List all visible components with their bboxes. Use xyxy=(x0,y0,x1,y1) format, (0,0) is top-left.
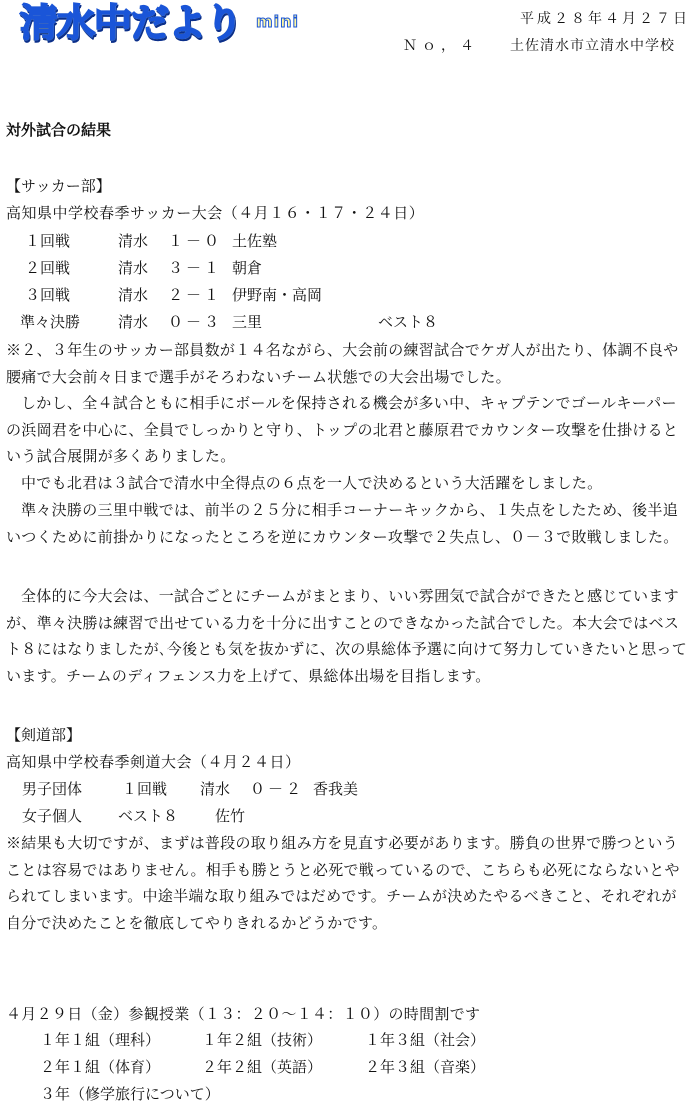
team-cell: 清水 xyxy=(118,312,148,332)
round-cell: ３回戦 xyxy=(25,285,70,305)
name-cell: 佐竹 xyxy=(215,806,245,826)
schedule-item: ３年（修学旅行について） xyxy=(40,1084,220,1104)
score-cell: ０－２ xyxy=(250,779,304,799)
soccer-tournament-title: 高知県中学校春季サッカー大会（４月１６・１７・２４日） xyxy=(6,203,424,223)
schedule-item: ２年２組（英語） xyxy=(202,1057,322,1077)
round-cell: １回戦 xyxy=(122,779,167,799)
note-cell: ベスト８ xyxy=(378,312,438,332)
newsletter-logo-suffix: mini xyxy=(256,12,299,32)
team-cell: 清水 xyxy=(118,258,148,278)
team-cell: 清水 xyxy=(118,285,148,305)
soccer-club-label: 【サッカー部】 xyxy=(6,176,111,196)
round-cell: ２回戦 xyxy=(25,258,70,278)
result-cell: ベスト８ xyxy=(118,806,178,826)
kendo-paragraph: ※結果も大切ですが、まずは普段の取り組み方を見直す必要があります。勝負の世界で勝… xyxy=(6,830,690,936)
opponent-cell: 香我美 xyxy=(313,779,358,799)
team-cell: 清水 xyxy=(118,231,148,251)
schedule-item: １年２組（技術） xyxy=(202,1030,322,1050)
score-cell: ２－１ xyxy=(168,285,222,305)
schedule-item: １年１組（理科） xyxy=(40,1030,160,1050)
opponent-cell: 伊野南・高岡 xyxy=(232,285,322,305)
open-class-title: ４月２９日（金）参観授業（１３：２０～１４：１０）の時間割です xyxy=(6,1004,480,1024)
opponent-cell: 三里 xyxy=(232,312,262,332)
schedule-item: ２年３組（音楽） xyxy=(365,1057,485,1077)
section-title: 対外試合の結果 xyxy=(6,120,111,140)
score-cell: １－０ xyxy=(168,231,222,251)
schedule-item: １年３組（社会） xyxy=(365,1030,485,1050)
round-cell: 準々決勝 xyxy=(20,312,80,332)
round-cell: １回戦 xyxy=(25,231,70,251)
soccer-paragraph-1: ※２、３年生のサッカー部員数が１４名ながら、大会前の練習試合でケガ人が出たり、体… xyxy=(6,337,690,390)
score-cell: ３－１ xyxy=(168,258,222,278)
schedule-item: ２年１組（体育） xyxy=(40,1057,160,1077)
school-name: 土佐清水市立清水中学校 xyxy=(510,37,675,55)
issue-number: Ｎｏ，４ xyxy=(403,37,479,55)
soccer-paragraph-3: 中でも北君は３試合で清水中全得点の６点を一人で決めるという大活躍をしました。 xyxy=(6,470,690,497)
newsletter-logo: 清水中だより xyxy=(20,0,242,46)
soccer-paragraph-5: 全体的に今大会は、一試合ごとにチームがまとまり、いい雰囲気で試合ができたと感じて… xyxy=(6,583,690,689)
opponent-cell: 土佐塾 xyxy=(232,231,277,251)
soccer-paragraph-4: 準々決勝の三里中戦では、前半の２５分に相手コーナーキックから、１失点をしたため、… xyxy=(6,497,690,550)
category-cell: 女子個人 xyxy=(22,806,82,826)
issue-date: 平成２８年４月２７日 xyxy=(520,10,690,28)
score-cell: ０－３ xyxy=(168,312,222,332)
kendo-club-label: 【剣道部】 xyxy=(6,725,81,745)
opponent-cell: 朝倉 xyxy=(232,258,262,278)
category-cell: 男子団体 xyxy=(22,779,82,799)
kendo-tournament-title: 高知県中学校春季剣道大会（４月２４日） xyxy=(6,752,301,772)
soccer-paragraph-2: しかし、全４試合ともに相手にボールを保持される機会が多い中、キャプテンでゴールキ… xyxy=(6,390,690,470)
team-cell: 清水 xyxy=(200,779,230,799)
